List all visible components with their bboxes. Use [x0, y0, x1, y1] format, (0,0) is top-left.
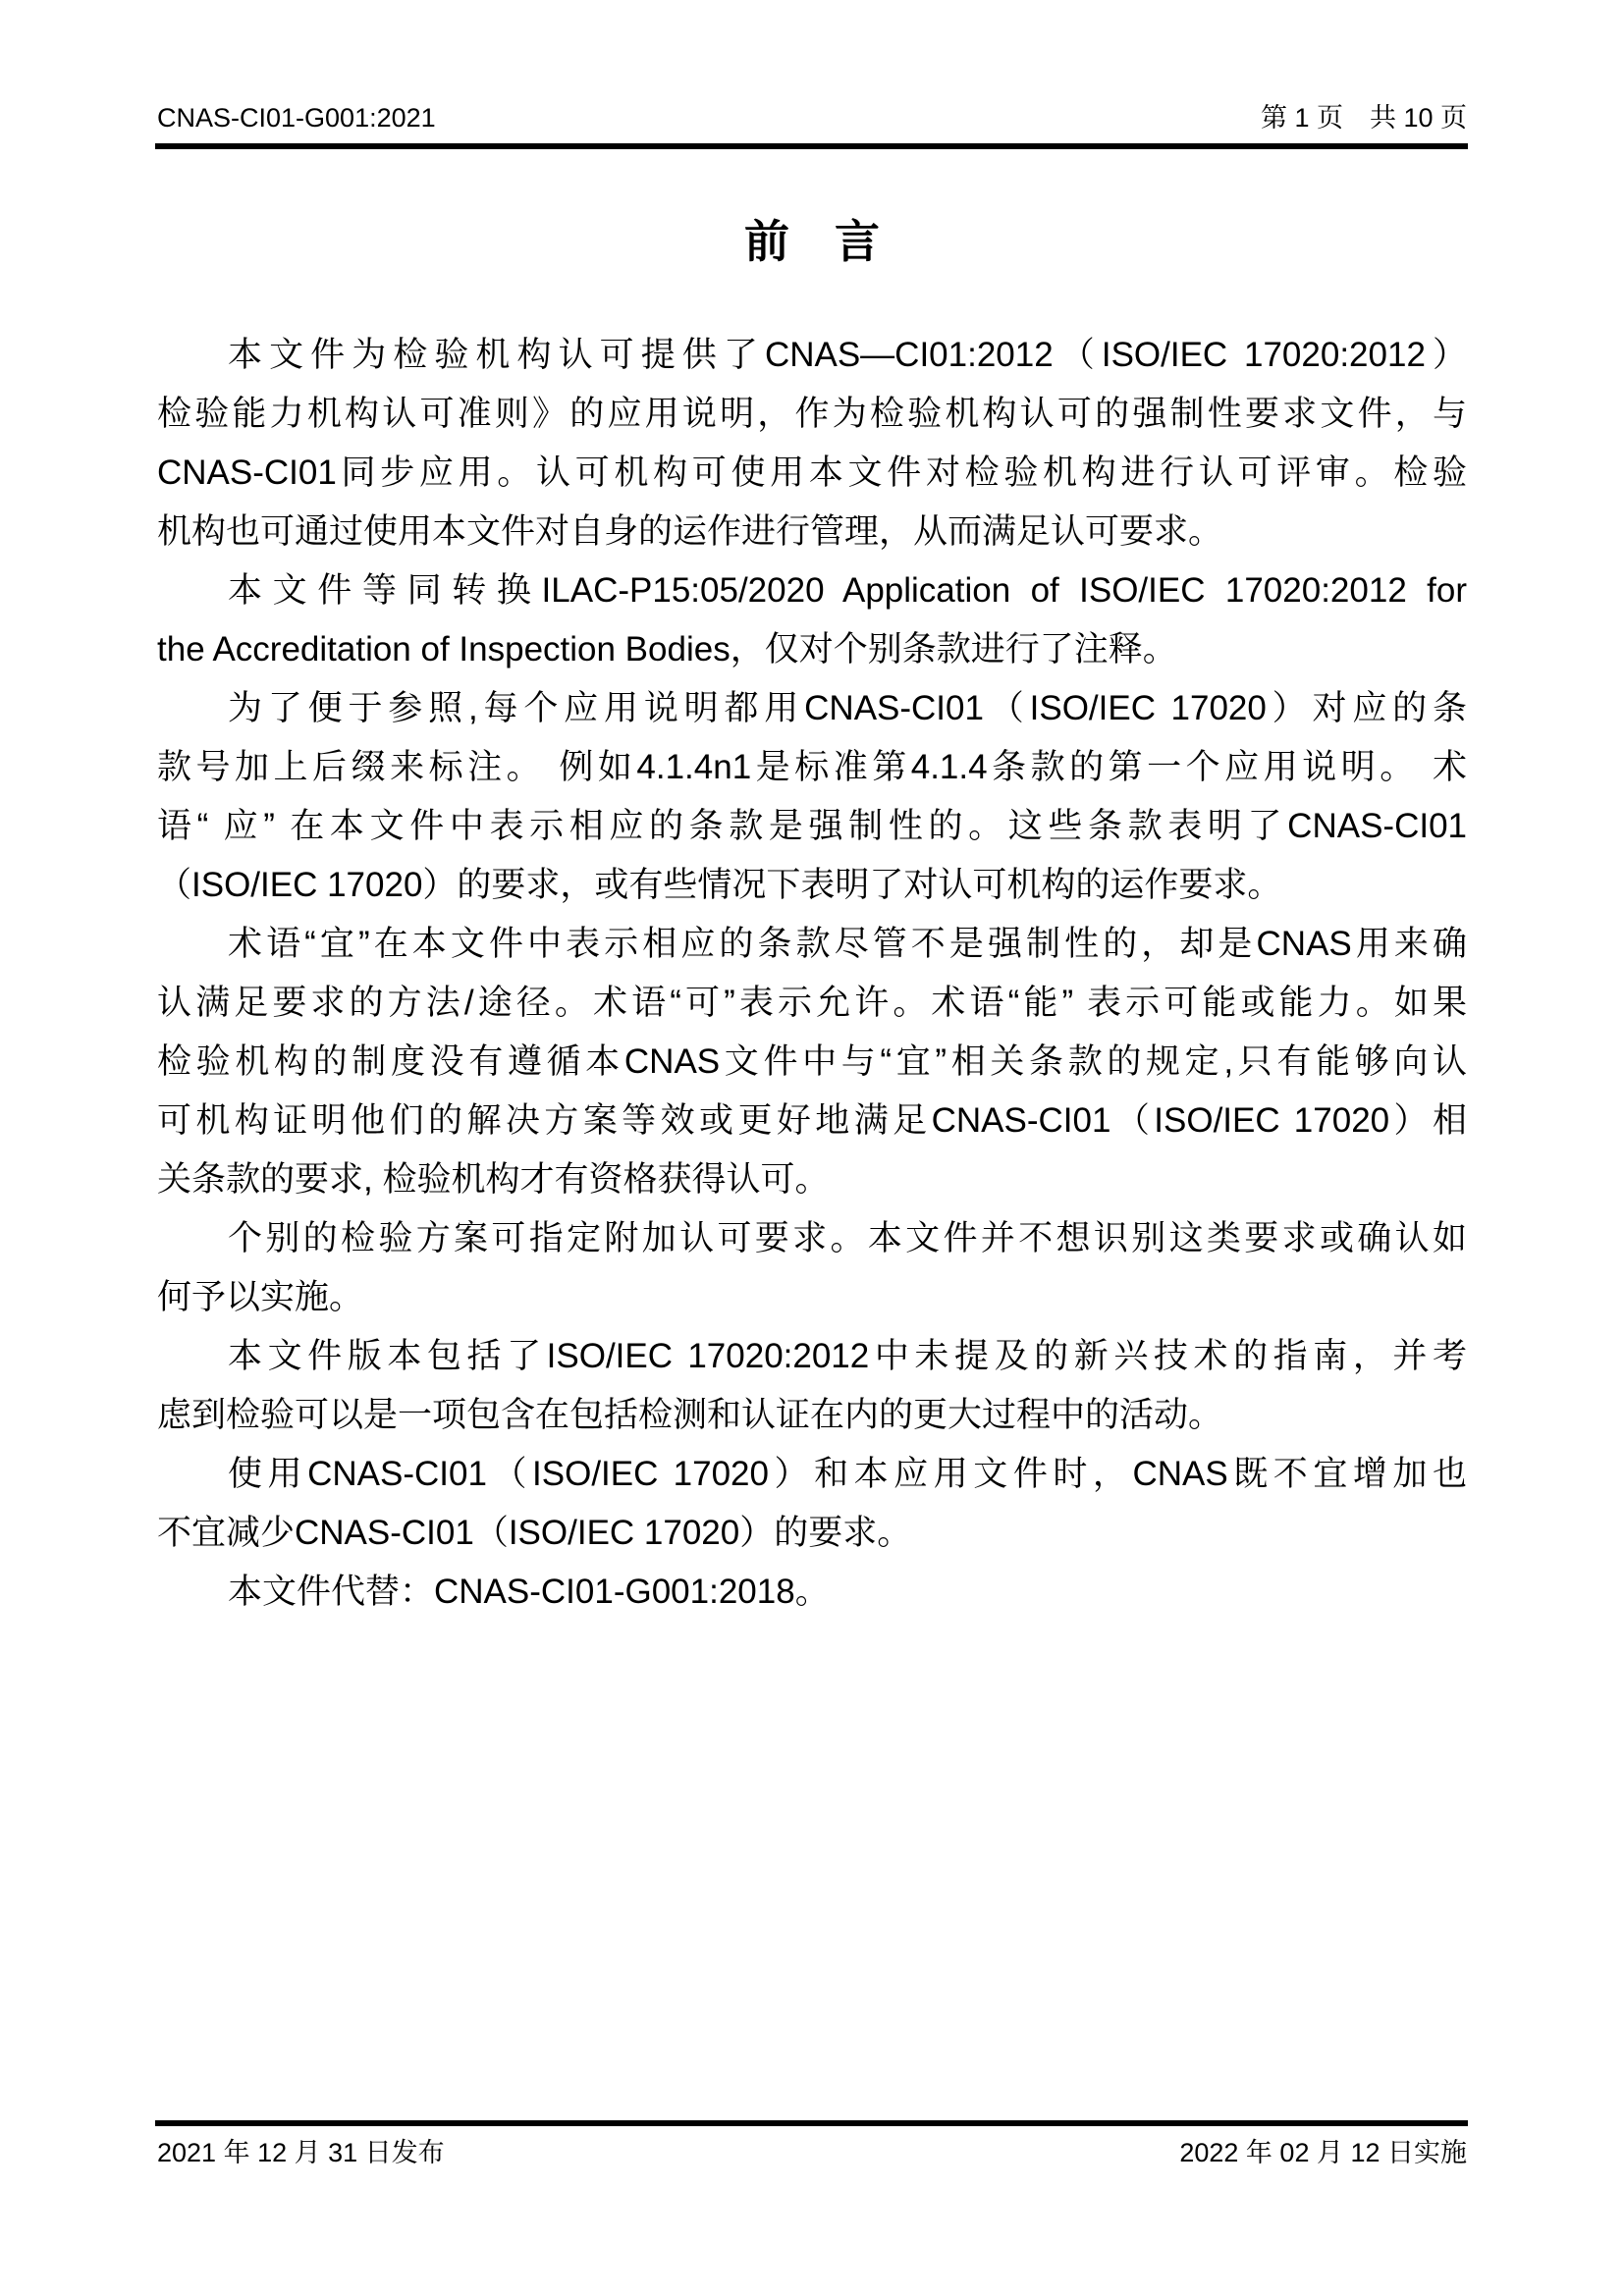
body-line: 虑到检验可以是一项包含在包括检测和认证在内的更大过程中的活动。	[157, 1386, 1467, 1445]
body-line: 款号加上后缀来标注。 例如4.1.4n1是标准第4.1.4条款的第一个应用说明。…	[157, 738, 1467, 797]
body-line: CNAS-CI01同步应用。认可机构可使用本文件对检验机构进行认可评审。检验	[157, 444, 1467, 503]
body-line: 本文件等同转换ILAC-P15:05/2020 Application of I…	[157, 561, 1467, 620]
body-line: 语“ 应” 在本文件中表示相应的条款是强制性的。这些条款表明了CNAS-CI01	[157, 797, 1467, 856]
body-line: 机构也可通过使用本文件对自身的运作进行管理，从而满足认可要求。	[157, 503, 1467, 561]
body-line: 使用CNAS-CI01（ISO/IEC 17020）和本应用文件时，CNAS既不…	[157, 1445, 1467, 1504]
body-line: 为了便于参照,每个应用说明都用CNAS-CI01（ISO/IEC 17020）对…	[157, 679, 1467, 738]
body-line: 检验机构的制度没有遵循本CNAS文件中与“宜”相关条款的规定,只有能够向认	[157, 1033, 1467, 1092]
document-page: CNAS-CI01-G001:2021 第 1 页 共 10 页 前 言 本文件…	[0, 0, 1624, 2296]
body-line: 检验能力机构认可准则》的应用说明，作为检验机构认可的强制性要求文件，与	[157, 385, 1467, 444]
body-line: 本文件代替：CNAS-CI01-G001:2018。	[157, 1563, 1467, 1622]
document-body: 本文件为检验机构认可提供了CNAS—CI01:2012（ISO/IEC 1702…	[157, 326, 1467, 1622]
header-doc-number: CNAS-CI01-G001:2021	[157, 98, 436, 137]
body-line: 个别的检验方案可指定附加认可要求。本文件并不想识别这类要求或确认如	[157, 1209, 1467, 1268]
body-line: （ISO/IEC 17020）的要求，或有些情况下表明了对认可机构的运作要求。	[157, 856, 1467, 915]
page-title: 前 言	[157, 206, 1467, 271]
footer-rule	[155, 2120, 1468, 2126]
page-footer: 2021 年 12 月 31 日发布 2022 年 02 月 12 日实施	[157, 2132, 1467, 2173]
body-line: 术语“宜”在本文件中表示相应的条款尽管不是强制性的，却是CNAS用来确	[157, 915, 1467, 974]
header-page-info: 第 1 页 共 10 页	[1261, 98, 1467, 137]
footer-issue-date: 2021 年 12 月 31 日发布	[157, 2132, 445, 2173]
page-header: CNAS-CI01-G001:2021 第 1 页 共 10 页	[157, 98, 1467, 137]
body-line: 关条款的要求, 检验机构才有资格获得认可。	[157, 1150, 1467, 1209]
body-line: 可机构证明他们的解决方案等效或更好地满足CNAS-CI01（ISO/IEC 17…	[157, 1092, 1467, 1150]
body-line: 认满足要求的方法/途径。术语“可”表示允许。术语“能” 表示可能或能力。如果	[157, 974, 1467, 1033]
body-line: 本文件为检验机构认可提供了CNAS—CI01:2012（ISO/IEC 1702…	[157, 326, 1467, 385]
footer-implement-date: 2022 年 02 月 12 日实施	[1179, 2132, 1467, 2173]
body-line: the Accreditation of Inspection Bodies，仅…	[157, 620, 1467, 679]
body-line: 本文件版本包括了ISO/IEC 17020:2012中未提及的新兴技术的指南，并…	[157, 1327, 1467, 1386]
header-rule	[155, 143, 1468, 149]
body-line: 不宜减少CNAS-CI01（ISO/IEC 17020）的要求。	[157, 1504, 1467, 1563]
body-line: 何予以实施。	[157, 1268, 1467, 1327]
